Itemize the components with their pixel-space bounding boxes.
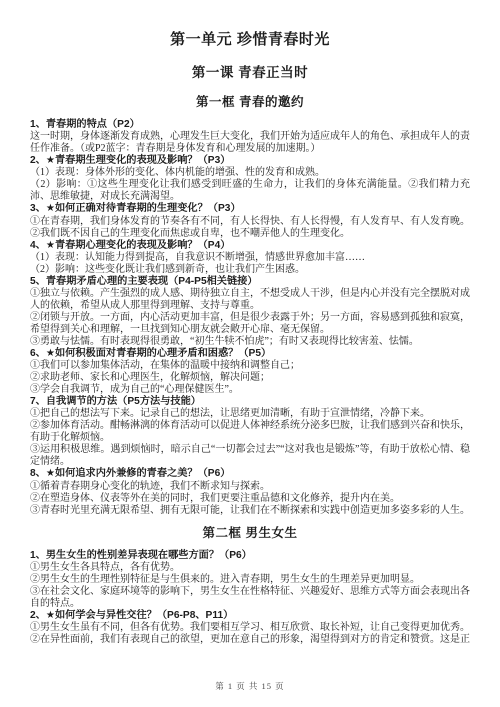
answer-paragraph: ②我们既不因自己的生理变化而焦虑或自卑，也不嘲弄他人的生理变化。 [30,228,470,240]
answer-paragraph: ①循着青春期身心变化的轨迹，我们不断求知与探索。 [30,481,470,493]
question-heading: 2、★青春期生理变化的表现及影响？（P3） [30,155,470,167]
document-page: 第一单元 珍惜青春时光 第一课 青春正当时 第一框 青春的邀约1、青春期的特点（… [0,0,500,707]
question-heading: 1、男生女生的性别差异表现在哪些方面？（P6） [30,550,470,562]
answer-paragraph: ②在塑造身体、仪表等外在美的同时，我们更要注重品德和文化修养，提升内在美。 [30,493,470,505]
answer-paragraph: ①把自己的想法写下来。记录自己的想法，让思绪更加清晰，有助于宣泄情绪，冷静下来。 [30,408,470,420]
answer-paragraph: （1）表现：身体外形的变化、体内机能的增强、性的发育和成熟。 [30,167,470,179]
answer-paragraph: ③学会自我调节，成为自己的“心理保健医生”。 [30,384,470,396]
answer-paragraph: ①我们可以参加集体活动，在集体的温暖中接纳和调整自己； [30,360,470,372]
frame-title: 第二框 男生女生 [30,523,470,541]
unit-title: 第一单元 珍惜青春时光 [30,28,470,49]
answer-paragraph: ③在社会文化、家庭环境等的影响下，男生女生在性格特征、兴趣爱好、思维方式等方面会… [30,586,470,610]
answer-paragraph: ①在青春期，我们身体发育的节奏各有不同，有人长得快、有人长得慢，有人发育早、有人… [30,216,470,228]
answer-paragraph: ②在异性面前，我们有表现自己的欲望，更加在意自己的形象，渴望得到对方的肯定和赞赏… [30,634,470,646]
question-heading: 4、★青春期心理变化的表现及影响？（P4） [30,240,470,252]
answer-paragraph: ②求助老师、家长和心理医生，化解烦恼，解决问题； [30,372,470,384]
question-heading: 8、★如何追求内外兼修的青春之美？（P6） [30,468,470,480]
frame-title: 第一框 青春的邀约 [30,92,470,110]
question-heading: 2、★如何学会与异性交往？（P6-P8、P11） [30,610,470,622]
answer-paragraph: ②参加体育活动。酣畅淋漓的体育活动可以促进人体神经系统分泌多巴胺，让我们感到兴奋… [30,420,470,444]
answer-paragraph: （1）表现：认知能力得到提高，自我意识不断增强，情感世界愈加丰富…… [30,252,470,264]
answer-paragraph: 这一时期，身体逐渐发育成熟，心理发生巨大变化，我们开始为适应成年人的角色、承担成… [30,131,470,155]
answer-paragraph: ②闭锁与开放。一方面，内心活动更加丰富，但是很少表露于外；另一方面，容易感到孤独… [30,312,470,336]
document-body: 第一框 青春的邀约1、青春期的特点（P2）这一时期，身体逐渐发育成熟，心理发生巨… [30,92,470,646]
answer-paragraph: ③青春时光里充满无限希望、拥有无限可能，让我们在不断探索和实践中创造更加多姿多彩… [30,505,470,517]
answer-paragraph: ③运用积极思维。遇到烦恼时，暗示自己“一切都会过去”“这对我也是锻炼”等，有助于… [30,444,470,468]
lesson-title: 第一课 青春正当时 [30,61,470,81]
page-footer: 第 1 页 共 15 页 [0,680,500,692]
answer-paragraph: ①独立与依赖。产生强烈的成人感、期待独立自主，不想受成人干涉，但是内心并没有完全… [30,288,470,312]
answer-paragraph: ①男生女生各具特点，各有优势。 [30,562,470,574]
answer-paragraph: （2）影响：①这些生理变化让我们感受到旺盛的生命力，让我们的身体充满能量。②我们… [30,179,470,203]
question-heading: 3、★如何正确对待青春期的生理变化？（P3） [30,203,470,215]
question-heading: 1、青春期的特点（P2） [30,119,470,131]
question-heading: 5、青春期矛盾心理的主要表现（P4-P5相关链接） [30,276,470,288]
answer-paragraph: ②男生女生的生理性别特征是与生俱来的。进入青春期，男生女生的生理差异更加明显。 [30,574,470,586]
answer-paragraph: （2）影响：这些变化既让我们感到新奇，也让我们产生困惑。 [30,264,470,276]
answer-paragraph: ①男生女生虽有不同，但各有优势。我们要相互学习、相互欣赏、取长补短，让自己变得更… [30,622,470,634]
question-heading: 6、★如何积极面对青春期的心理矛盾和困惑？（P5） [30,348,470,360]
answer-paragraph: ③勇敢与怯懦。有时表现得很勇敢，“初生牛犊不怕虎”；有时又表现得比较害羞、怯懦。 [30,336,470,348]
question-heading: 7、自我调节的方法（P5方法与技能） [30,396,470,408]
